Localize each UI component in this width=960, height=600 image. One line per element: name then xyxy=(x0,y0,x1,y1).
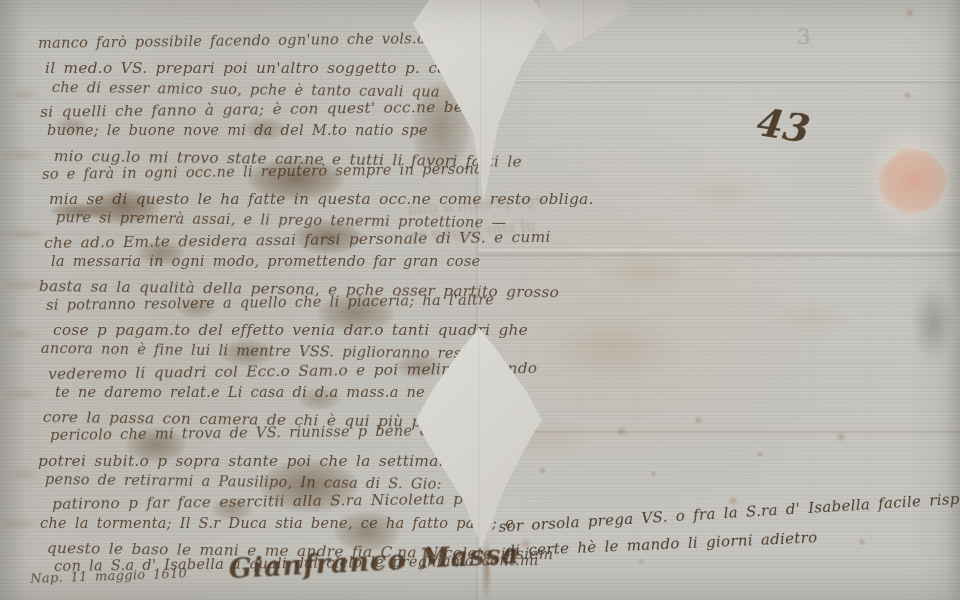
center-fold-stain xyxy=(482,538,491,600)
body-line: te ne daremo relat.e Li casa di d.a mass… xyxy=(55,385,474,401)
letter-scan: manco farò possibile facendo ogn'uno che… xyxy=(0,0,960,600)
body-line: mia se di questo le ha fatte in questa o… xyxy=(49,190,594,208)
body-line: il med.o VS. prepari poi un'altro sogget… xyxy=(45,59,455,77)
body-line: la messaria in ogni modo, promettendo fa… xyxy=(51,254,480,270)
body-line: buone; le buone nove mi da del M.to nati… xyxy=(47,123,428,139)
body-line: cose p pagam.to del effetto venia dar.o … xyxy=(53,321,528,339)
gray-smudge xyxy=(912,286,954,360)
body-line: potrei subit.o p sopra stante poi che la… xyxy=(38,452,458,470)
ink-mark-numeral: 43 xyxy=(754,99,813,152)
faint-pencil-numeral: 3 xyxy=(797,25,810,49)
body-line: che la tormenta; Il S.r Duca stia bene, … xyxy=(40,516,514,532)
